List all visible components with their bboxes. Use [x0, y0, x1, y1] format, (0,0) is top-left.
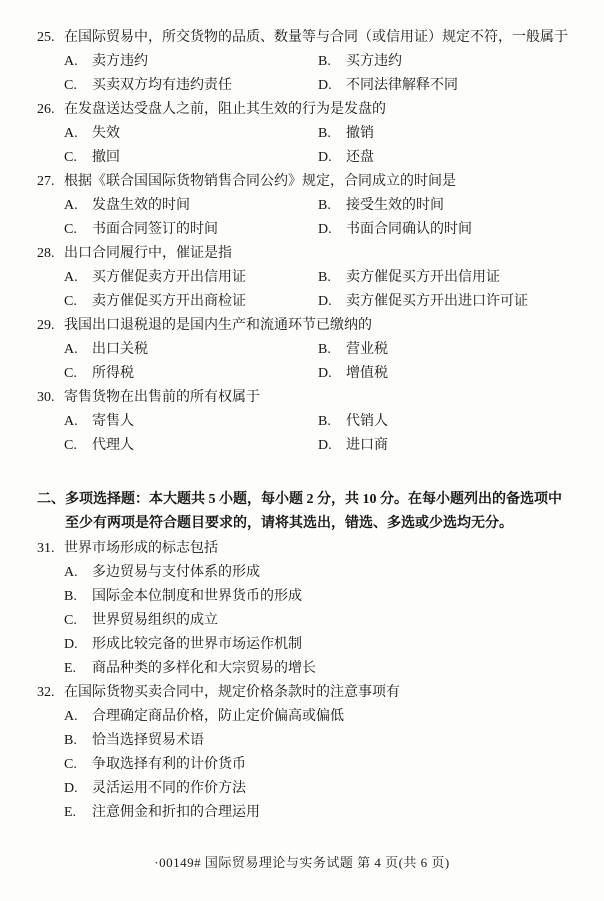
- option-25-a: A. 卖方违约: [64, 50, 318, 74]
- option-text: 买方催促卖方开出信用证: [92, 266, 318, 290]
- question-stem: 我国出口退税退的是国内生产和流通环节已缴纳的: [64, 314, 572, 338]
- option-text: 买卖双方均有违约责任: [92, 74, 318, 98]
- exam-page: 25. 在国际贸易中，所交货物的品质、数量等与合同（或信用证）规定不符，一般属于…: [0, 0, 604, 901]
- question-27: 27. 根据《联合国国际货物销售合同公约》规定，合同成立的时间是 A. 发盘生效…: [37, 170, 572, 242]
- question-29: 29. 我国出口退税退的是国内生产和流通环节已缴纳的 A. 出口关税 B. 营业…: [37, 314, 572, 386]
- option-27-c: C. 书面合同签订的时间: [64, 218, 318, 242]
- option-label: A.: [64, 705, 92, 729]
- option-29-a: A. 出口关税: [64, 338, 318, 362]
- section-number: 二、: [37, 488, 65, 512]
- option-text: 寄售人: [92, 410, 318, 434]
- option-label: A.: [64, 338, 92, 362]
- option-text: 代销人: [346, 410, 572, 434]
- option-text: 恰当选择贸易术语: [92, 729, 572, 753]
- option-label: B.: [64, 585, 92, 609]
- option-26-c: C. 撤回: [64, 146, 318, 170]
- option-label: C.: [64, 434, 92, 458]
- option-26-d: D. 还盘: [318, 146, 572, 170]
- option-26-b: B. 撤销: [318, 122, 572, 146]
- option-32-b: B. 恰当选择贸易术语: [64, 729, 572, 753]
- option-text: 合理确定商品价格，防止定价偏高或偏低: [92, 705, 572, 729]
- question-number: 25.: [37, 26, 64, 50]
- option-label: D.: [318, 434, 346, 458]
- option-text: 买方违约: [346, 50, 572, 74]
- question-25: 25. 在国际贸易中，所交货物的品质、数量等与合同（或信用证）规定不符，一般属于…: [37, 26, 572, 98]
- option-text: 多边贸易与支付体系的形成: [92, 561, 572, 585]
- question-number: 31.: [37, 537, 64, 561]
- option-text: 商品种类的多样化和大宗贸易的增长: [92, 657, 572, 681]
- option-30-b: B. 代销人: [318, 410, 572, 434]
- option-32-e: E. 注意佣金和折扣的合理运用: [64, 801, 572, 825]
- option-25-c: C. 买卖双方均有违约责任: [64, 74, 318, 98]
- question-30: 30. 寄售货物在出售前的所有权属于 A. 寄售人 B. 代销人 C. 代理人 …: [37, 386, 572, 458]
- option-31-b: B. 国际金本位制度和世界货币的形成: [64, 585, 572, 609]
- option-label: C.: [64, 362, 92, 386]
- question-32: 32. 在国际货物买卖合同中，规定价格条款时的注意事项有 A. 合理确定商品价格…: [37, 681, 572, 825]
- option-label: C.: [64, 290, 92, 314]
- option-text: 撤销: [346, 122, 572, 146]
- option-27-a: A. 发盘生效的时间: [64, 194, 318, 218]
- option-text: 接受生效的时间: [346, 194, 572, 218]
- option-text: 卖方催促买方开出信用证: [346, 266, 572, 290]
- question-number: 29.: [37, 314, 64, 338]
- option-31-a: A. 多边贸易与支付体系的形成: [64, 561, 572, 585]
- question-stem: 寄售货物在出售前的所有权属于: [64, 386, 572, 410]
- option-28-d: D. 卖方催促买方开出进口许可证: [318, 290, 572, 314]
- option-32-d: D. 灵活运用不同的作价方法: [64, 777, 572, 801]
- option-label: E.: [64, 801, 92, 825]
- option-32-a: A. 合理确定商品价格，防止定价偏高或偏低: [64, 705, 572, 729]
- option-text: 代理人: [92, 434, 318, 458]
- question-number: 26.: [37, 98, 64, 122]
- option-label: D.: [318, 362, 346, 386]
- option-text: 不同法律解释不同: [346, 74, 572, 98]
- option-text: 注意佣金和折扣的合理运用: [92, 801, 572, 825]
- option-30-d: D. 进口商: [318, 434, 572, 458]
- option-label: D.: [318, 290, 346, 314]
- option-label: C.: [64, 74, 92, 98]
- option-label: B.: [318, 266, 346, 290]
- option-28-c: C. 卖方催促买方开出商检证: [64, 290, 318, 314]
- option-32-c: C. 争取选择有利的计价货币: [64, 753, 572, 777]
- option-text: 形成比较完备的世界市场运作机制: [92, 633, 572, 657]
- multi-choice-section-heading: 二、 多项选择题：本大题共 5 小题，每小题 2 分，共 10 分。在每小题列出…: [37, 488, 572, 536]
- question-stem: 世界市场形成的标志包括: [64, 537, 572, 561]
- option-label: A.: [64, 561, 92, 585]
- question-31: 31. 世界市场形成的标志包括 A. 多边贸易与支付体系的形成 B. 国际金本位…: [37, 537, 572, 681]
- option-label: A.: [64, 122, 92, 146]
- question-number: 27.: [37, 170, 64, 194]
- option-25-d: D. 不同法律解释不同: [318, 74, 572, 98]
- option-text: 卖方催促买方开出商检证: [92, 290, 318, 314]
- question-26: 26. 在发盘送达受盘人之前，阻止其生效的行为是发盘的 A. 失效 B. 撤销 …: [37, 98, 572, 170]
- option-text: 还盘: [346, 146, 572, 170]
- option-label: B.: [318, 194, 346, 218]
- option-30-a: A. 寄售人: [64, 410, 318, 434]
- option-31-e: E. 商品种类的多样化和大宗贸易的增长: [64, 657, 572, 681]
- option-label: A.: [64, 266, 92, 290]
- option-label: A.: [64, 410, 92, 434]
- option-28-b: B. 卖方催促买方开出信用证: [318, 266, 572, 290]
- option-text: 卖方催促买方开出进口许可证: [346, 290, 572, 314]
- question-28: 28. 出口合同履行中，催证是指 A. 买方催促卖方开出信用证 B. 卖方催促买…: [37, 242, 572, 314]
- question-number: 32.: [37, 681, 64, 705]
- question-number: 28.: [37, 242, 64, 266]
- option-31-d: D. 形成比较完备的世界市场运作机制: [64, 633, 572, 657]
- option-25-b: B. 买方违约: [318, 50, 572, 74]
- option-text: 进口商: [346, 434, 572, 458]
- option-text: 书面合同签订的时间: [92, 218, 318, 242]
- footer-text: ·00149# 国际贸易理论与实务试题 第 4 页(共 6 页): [154, 855, 450, 870]
- option-label: C.: [64, 218, 92, 242]
- option-label: D.: [318, 218, 346, 242]
- option-26-a: A. 失效: [64, 122, 318, 146]
- option-label: B.: [318, 338, 346, 362]
- option-29-c: C. 所得税: [64, 362, 318, 386]
- option-29-b: B. 营业税: [318, 338, 572, 362]
- option-label: B.: [318, 410, 346, 434]
- option-label: A.: [64, 50, 92, 74]
- option-text: 所得税: [92, 362, 318, 386]
- option-27-d: D. 书面合同确认的时间: [318, 218, 572, 242]
- section-instructions: 多项选择题：本大题共 5 小题，每小题 2 分，共 10 分。在每小题列出的备选…: [65, 488, 572, 536]
- option-30-c: C. 代理人: [64, 434, 318, 458]
- option-text: 撤回: [92, 146, 318, 170]
- option-label: B.: [318, 122, 346, 146]
- option-text: 争取选择有利的计价货币: [92, 753, 572, 777]
- option-text: 增值税: [346, 362, 572, 386]
- question-stem: 在国际贸易中，所交货物的品质、数量等与合同（或信用证）规定不符，一般属于: [64, 26, 572, 50]
- option-label: A.: [64, 194, 92, 218]
- option-label: C.: [64, 609, 92, 633]
- question-stem: 出口合同履行中，催证是指: [64, 242, 572, 266]
- option-27-b: B. 接受生效的时间: [318, 194, 572, 218]
- option-label: D.: [318, 74, 346, 98]
- option-label: D.: [318, 146, 346, 170]
- option-text: 出口关税: [92, 338, 318, 362]
- page-footer: ·00149# 国际贸易理论与实务试题 第 4 页(共 6 页): [0, 851, 604, 875]
- option-label: C.: [64, 753, 92, 777]
- option-label: E.: [64, 657, 92, 681]
- option-text: 营业税: [346, 338, 572, 362]
- option-label: D.: [64, 777, 92, 801]
- option-text: 世界贸易组织的成立: [92, 609, 572, 633]
- question-number: 30.: [37, 386, 64, 410]
- option-text: 灵活运用不同的作价方法: [92, 777, 572, 801]
- option-31-c: C. 世界贸易组织的成立: [64, 609, 572, 633]
- question-stem: 在国际货物买卖合同中，规定价格条款时的注意事项有: [64, 681, 572, 705]
- option-label: C.: [64, 146, 92, 170]
- option-text: 发盘生效的时间: [92, 194, 318, 218]
- option-label: D.: [64, 633, 92, 657]
- question-stem: 根据《联合国国际货物销售合同公约》规定，合同成立的时间是: [64, 170, 572, 194]
- option-28-a: A. 买方催促卖方开出信用证: [64, 266, 318, 290]
- option-text: 卖方违约: [92, 50, 318, 74]
- option-text: 国际金本位制度和世界货币的形成: [92, 585, 572, 609]
- question-stem: 在发盘送达受盘人之前，阻止其生效的行为是发盘的: [64, 98, 572, 122]
- option-text: 书面合同确认的时间: [346, 218, 572, 242]
- option-label: B.: [64, 729, 92, 753]
- option-label: B.: [318, 50, 346, 74]
- option-text: 失效: [92, 122, 318, 146]
- option-29-d: D. 增值税: [318, 362, 572, 386]
